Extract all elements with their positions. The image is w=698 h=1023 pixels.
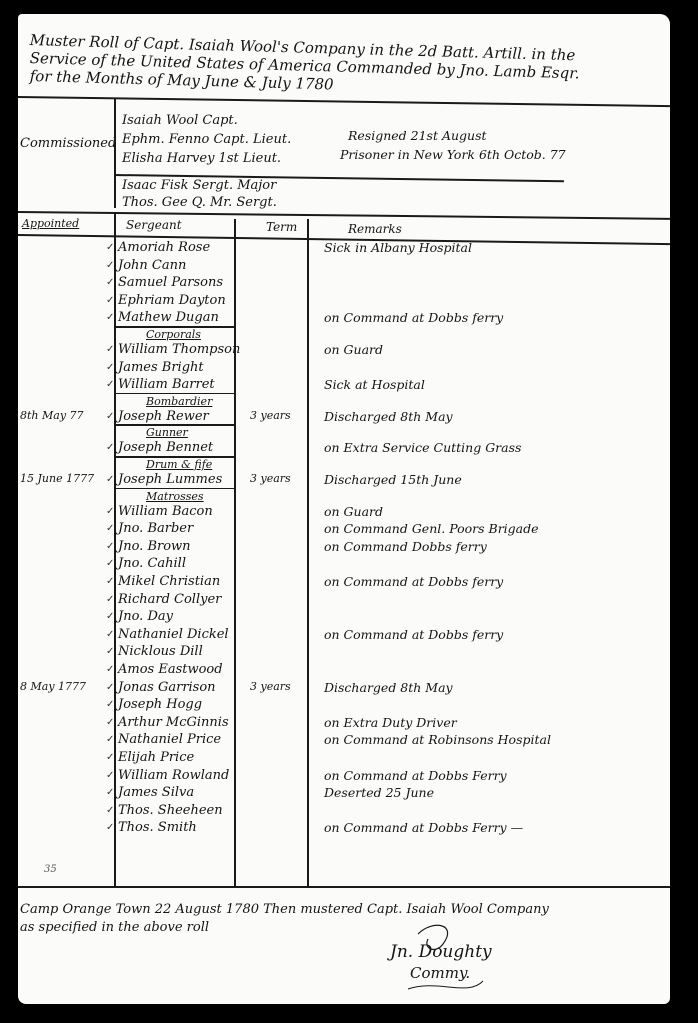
soldier-name: Joseph Hogg [118,697,202,712]
checkmark-icon: ✓ [106,411,114,422]
remark-text: Deserted 25 June [324,785,434,800]
checkmark-icon: ✓ [106,362,114,373]
checkmark-icon: ✓ [106,822,114,833]
checkmark-icon: ✓ [106,277,114,288]
soldier-name: William Rowland [118,768,229,783]
section-title: Matrosses [146,490,204,503]
soldier-name: Jno. Barber [118,521,193,536]
checkmark-icon: ✓ [106,506,114,517]
soldier-name: Richard Collyer [118,592,221,607]
remark-text: on Command at Dobbs Ferry [324,768,507,783]
checkmark-icon: ✓ [106,260,114,271]
soldier-name: Nathaniel Dickel [118,627,229,642]
remark-text: on Extra Duty Driver [324,715,457,730]
term-value: 3 years [250,472,291,485]
soldier-name: Jonas Garrison [118,680,216,695]
section-title: Drum & fife [146,458,212,471]
remark-text: Sick at Hospital [324,377,425,392]
soldier-name: William Bacon [118,504,213,519]
appointed-date: 8 May 1777 [20,680,86,693]
checkmark-icon: ✓ [106,242,114,253]
officer-name: Ephm. Fenno Capt. Lieut. [122,132,291,147]
checkmark-icon: ✓ [106,629,114,640]
checkmark-icon: ✓ [106,717,114,728]
soldier-name: Elijah Price [118,750,194,765]
soldier-name: Nathaniel Price [118,732,221,747]
col-divider-term [234,219,236,886]
remark-text: on Guard [324,504,383,519]
checkmark-icon: ✓ [106,344,114,355]
remark-text: on Command at Dobbs ferry [324,574,503,589]
soldier-name: Mikel Christian [118,574,220,589]
checkmark-icon: ✓ [106,787,114,798]
header-appointed: Appointed [22,217,79,230]
checkmark-icon: ✓ [106,541,114,552]
soldier-name: John Cann [118,258,186,273]
signature-flourish [398,919,488,999]
remark-text: on Command at Dobbs Ferry — [324,820,523,835]
term-value: 3 years [250,409,291,422]
soldier-name: Jno. Brown [118,539,191,554]
soldier-name: William Barret [118,377,215,392]
checkmark-icon: ✓ [106,523,114,534]
soldier-name: Amoriah Rose [118,240,210,255]
officer-name: Elisha Harvey 1st Lieut. [122,151,281,166]
soldier-name: Joseph Rewer [118,409,209,424]
remark-text: on Command Dobbs ferry [324,539,487,554]
officer-remark: Resigned 21st August [348,128,487,143]
soldier-name: Samuel Parsons [118,275,223,290]
staff-name: Isaac Fisk Sergt. Major [122,178,276,193]
checkmark-icon: ✓ [106,805,114,816]
remark-text: Sick in Albany Hospital [324,240,472,255]
soldier-name: Ephriam Dayton [118,293,226,308]
title-divider [18,96,670,107]
checkmark-icon: ✓ [106,576,114,587]
checkmark-icon: ✓ [106,295,114,306]
soldier-name: Jno. Day [118,609,173,624]
appointed-date: 15 June 1777 [20,472,94,485]
section-title: Gunner [146,426,188,439]
remark-text: on Command at Robinsons Hospital [324,732,551,747]
certification-line-2: as specified in the above roll [20,920,209,935]
checkmark-icon: ✓ [106,474,114,485]
checkmark-icon: ✓ [106,312,114,323]
remark-text: on Extra Service Cutting Grass [324,440,521,455]
soldier-name: Joseph Bennet [118,440,213,455]
remark-text: on Command at Dobbs ferry [324,310,503,325]
remark-text: Discharged 8th May [324,409,453,424]
remark-text: Discharged 8th May [324,680,453,695]
section-title: Corporals [146,328,201,341]
soldier-name: Jno. Cahill [118,556,186,571]
checkmark-icon: ✓ [106,442,114,453]
officer-remark: Prisoner in New York 6th Octob. 77 [340,147,566,162]
checkmark-icon: ✓ [106,611,114,622]
soldier-name: Thos. Smith [118,820,197,835]
soldier-name: Joseph Lummes [118,472,222,487]
certification-line-1: Camp Orange Town 22 August 1780 Then mus… [20,902,549,917]
remark-text: Discharged 15th June [324,472,462,487]
header-name: Sergeant [126,218,182,232]
soldier-name: Nicklous Dill [118,644,203,659]
soldier-name: Arthur McGinnis [118,715,229,730]
muster-roll-page: Muster Roll of Capt. Isaiah Wool's Compa… [18,14,670,1004]
soldier-name: James Silva [118,785,194,800]
staff-name: Thos. Gee Q. Mr. Sergt. [122,195,277,210]
soldier-name: William Thompson [118,342,240,357]
officer-name: Isaiah Wool Capt. [122,113,238,128]
commissioned-label: Commissioned [20,136,116,151]
soldier-name: Thos. Sheeheen [118,803,223,818]
soldier-name: James Bright [118,360,204,375]
remark-text: on Command at Dobbs ferry [324,627,503,642]
soldier-name: Amos Eastwood [118,662,223,677]
checkmark-icon: ✓ [106,752,114,763]
section-title: Bombardier [146,395,212,408]
checkmark-icon: ✓ [106,646,114,657]
checkmark-icon: ✓ [106,699,114,710]
checkmark-icon: ✓ [106,664,114,675]
soldier-name: Mathew Dugan [118,310,219,325]
term-value: 3 years [250,680,291,693]
checkmark-icon: ✓ [106,770,114,781]
checkmark-icon: ✓ [106,594,114,605]
header-term: Term [266,220,297,234]
roster-bottom-line [18,886,670,888]
checkmark-icon: ✓ [106,379,114,390]
checkmark-icon: ✓ [106,558,114,569]
checkmark-icon: ✓ [106,682,114,693]
remark-text: on Guard [324,342,383,357]
header-remarks: Remarks [348,222,402,236]
header-top-line [18,211,670,219]
checkmark-icon: ✓ [106,734,114,745]
commissioned-vline [114,98,116,208]
margin-number: 35 [44,864,57,875]
col-divider-remarks [307,219,309,886]
appointed-date: 8th May 77 [20,409,84,422]
remark-text: on Command Genl. Poors Brigade [324,521,539,536]
